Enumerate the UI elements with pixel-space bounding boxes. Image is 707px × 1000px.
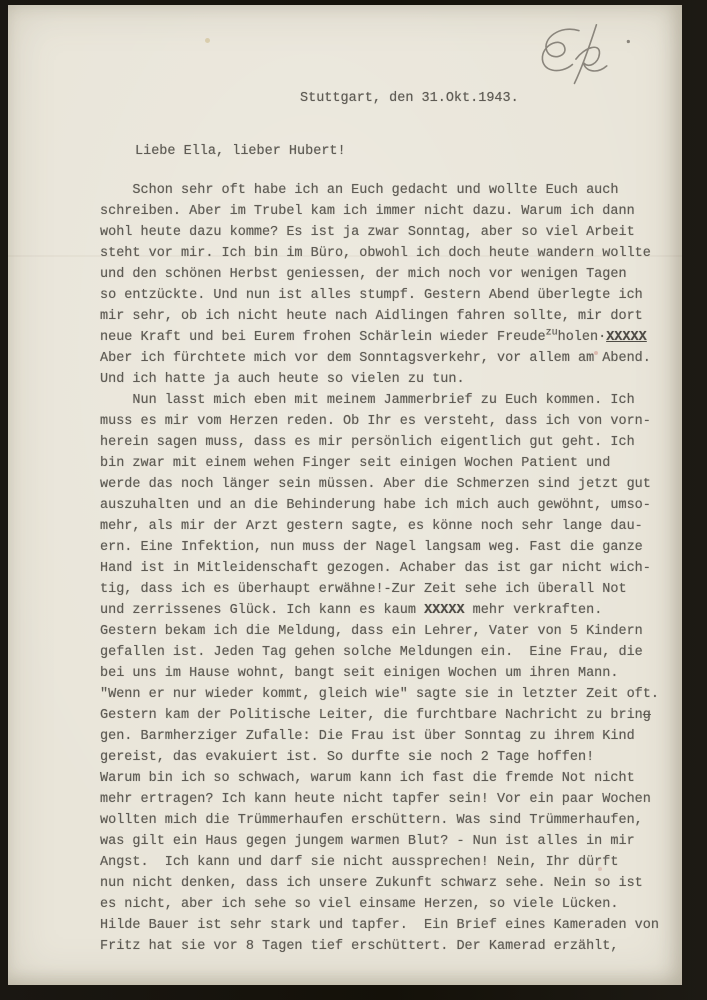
letter-line: gereist, das evakuiert ist. So durfte si… <box>100 747 682 768</box>
paper-stain <box>205 38 210 43</box>
letter-line: steht vor mir. Ich bin im Büro, obwohl i… <box>100 243 682 264</box>
letter-line: und den schönen Herbst geniessen, der mi… <box>100 264 682 285</box>
letter-line: bei uns im Hause wohnt, bangt seit einig… <box>100 663 682 684</box>
letter-line: gefallen ist. Jeden Tag gehen solche Mel… <box>100 642 682 663</box>
letter-line: auszuhalten und an die Behinderung habe … <box>100 495 682 516</box>
letter-line: tig, dass ich es überhaupt erwähne!-Zur … <box>100 579 682 600</box>
letter-line: Warum bin ich so schwach, warum kann ich… <box>100 768 682 789</box>
letter-body: Schon sehr oft habe ich an Euch gedacht … <box>100 180 682 957</box>
letter-line: mir sehr, ob ich nicht heute nach Aidlin… <box>100 306 682 327</box>
paper-stain <box>594 351 598 355</box>
letter-line: Fritz hat sie vor 8 Tagen tief erschütte… <box>100 936 682 957</box>
letter-line: mehr, als mir der Arzt gestern sagte, es… <box>100 516 682 537</box>
letter-line: ern. Eine Infektion, nun muss der Nagel … <box>100 537 682 558</box>
letter-line: Angst. Ich kann und darf sie nicht aussp… <box>100 852 682 873</box>
letter-line: werde das noch länger sein müssen. Aber … <box>100 474 682 495</box>
letter-line: Gestern bekam ich die Meldung, dass ein … <box>100 621 682 642</box>
letter-line: Hilde Bauer ist sehr stark und tapfer. E… <box>100 915 682 936</box>
letter-line: wohl heute dazu komme? Es ist ja zwar So… <box>100 222 682 243</box>
letter-line: bin zwar mit einem wehen Finger seit ein… <box>100 453 682 474</box>
letter-line: Und ich hatte ja auch heute so vielen zu… <box>100 369 682 390</box>
paper-stain <box>598 867 602 871</box>
letter-line: schreiben. Aber im Trubel kam ich immer … <box>100 201 682 222</box>
letter-page: Stuttgart, den 31.Okt.1943. Liebe Ella, … <box>8 5 682 985</box>
letter-line: neue Kraft und bei Eurem frohen Schärlei… <box>100 327 682 348</box>
letter-line: so entzückte. Und nun ist alles stumpf. … <box>100 285 682 306</box>
letter-line: Gestern kam der Politische Leiter, die f… <box>100 705 682 726</box>
letter-line: wollten mich die Trümmerhaufen erschütte… <box>100 810 682 831</box>
letter-line: was gilt ein Haus gegen jungem warmen Bl… <box>100 831 682 852</box>
letter-line: nun nicht denken, dass ich unsere Zukunf… <box>100 873 682 894</box>
salutation: Liebe Ella, lieber Hubert! <box>135 141 682 162</box>
letter-line: herein sagen muss, dass es mir persönlic… <box>100 432 682 453</box>
letter-line: und zerrissenes Glück. Ich kann es kaum … <box>100 600 682 621</box>
letter-line: mehr ertragen? Ich kann heute nicht tapf… <box>100 789 682 810</box>
letter-line: muss es mir vom Herzen reden. Ob Ihr es … <box>100 411 682 432</box>
letter-line: es nicht, aber ich sehe so viel einsame … <box>100 894 682 915</box>
letter-line: Nun lasst mich eben mit meinem Jammerbri… <box>100 390 682 411</box>
letter-line: Schon sehr oft habe ich an Euch gedacht … <box>100 180 682 201</box>
letter-line: "Wenn er nur wieder kommt, gleich wie" s… <box>100 684 682 705</box>
handwritten-initials <box>522 12 670 106</box>
letter-line: Hand ist in Mitleidenschaft gezogen. Ach… <box>100 558 682 579</box>
fold-crease <box>8 255 682 257</box>
letter-line: gen. Barmherziger Zufalle: Die Frau ist … <box>100 726 682 747</box>
